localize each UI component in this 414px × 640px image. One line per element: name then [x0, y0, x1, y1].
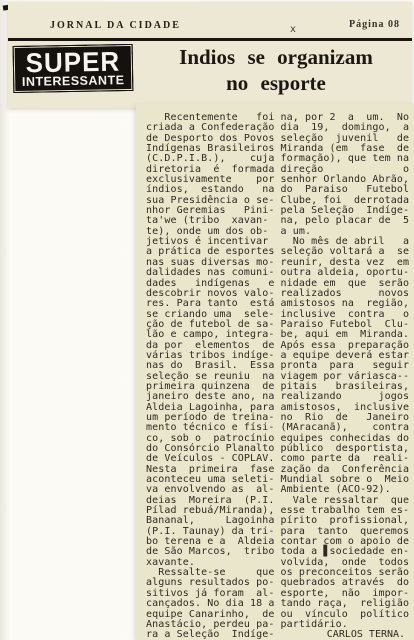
divider-rule: [8, 38, 412, 41]
column-2-lines: na, por 2 a um. Nodia 19, domingo, asele…: [281, 113, 410, 630]
text-line: cançados. No dia 18 a: [146, 599, 275, 609]
article-body: Recentemente foicriada a Confederaçãode …: [136, 104, 414, 640]
article-column-2: na, por 2 a um. Nodia 19, domingo, asele…: [281, 113, 410, 640]
text-line: ra a Seleção Indíge-: [146, 630, 275, 640]
page-number: Página 08: [349, 19, 400, 30]
logo-text-super: SUPER: [25, 48, 120, 75]
headline-line-2: no esporte: [140, 70, 412, 96]
article-byline: CARLOS TERNA.: [281, 630, 410, 640]
headline-line-1: Indios se organizam: [140, 44, 412, 70]
article-headline: Indios se organizam no esporte: [140, 44, 412, 96]
text-line: res. Para tanto está: [146, 299, 275, 309]
text-line: dalidades nas comuni-: [146, 268, 275, 278]
text-line: tando raça, religião: [281, 599, 410, 609]
scanned-newspaper-page: JORNAL DA CIDADE Página 08 x SUPER INTER…: [0, 0, 414, 640]
handwritten-mark: x: [290, 24, 296, 35]
text-line: amistosos na região,: [281, 299, 410, 309]
article-columns: Recentemente foicriada a Confederaçãode …: [136, 104, 414, 640]
text-line: be, aqui em Miranda.: [281, 330, 410, 340]
clipping-header-strip: JORNAL DA CIDADE Página 08 x SUPER INTER…: [8, 2, 412, 108]
text-line: lão e campo, integra-: [146, 330, 275, 340]
text-line: outra aldeia, oportu-: [281, 268, 410, 278]
article-column-1: Recentemente foicriada a Confederaçãode …: [146, 113, 275, 640]
newspaper-masthead: JORNAL DA CIDADE: [50, 20, 181, 31]
super-interessante-logo: SUPER INTERESSANTE: [13, 44, 134, 93]
